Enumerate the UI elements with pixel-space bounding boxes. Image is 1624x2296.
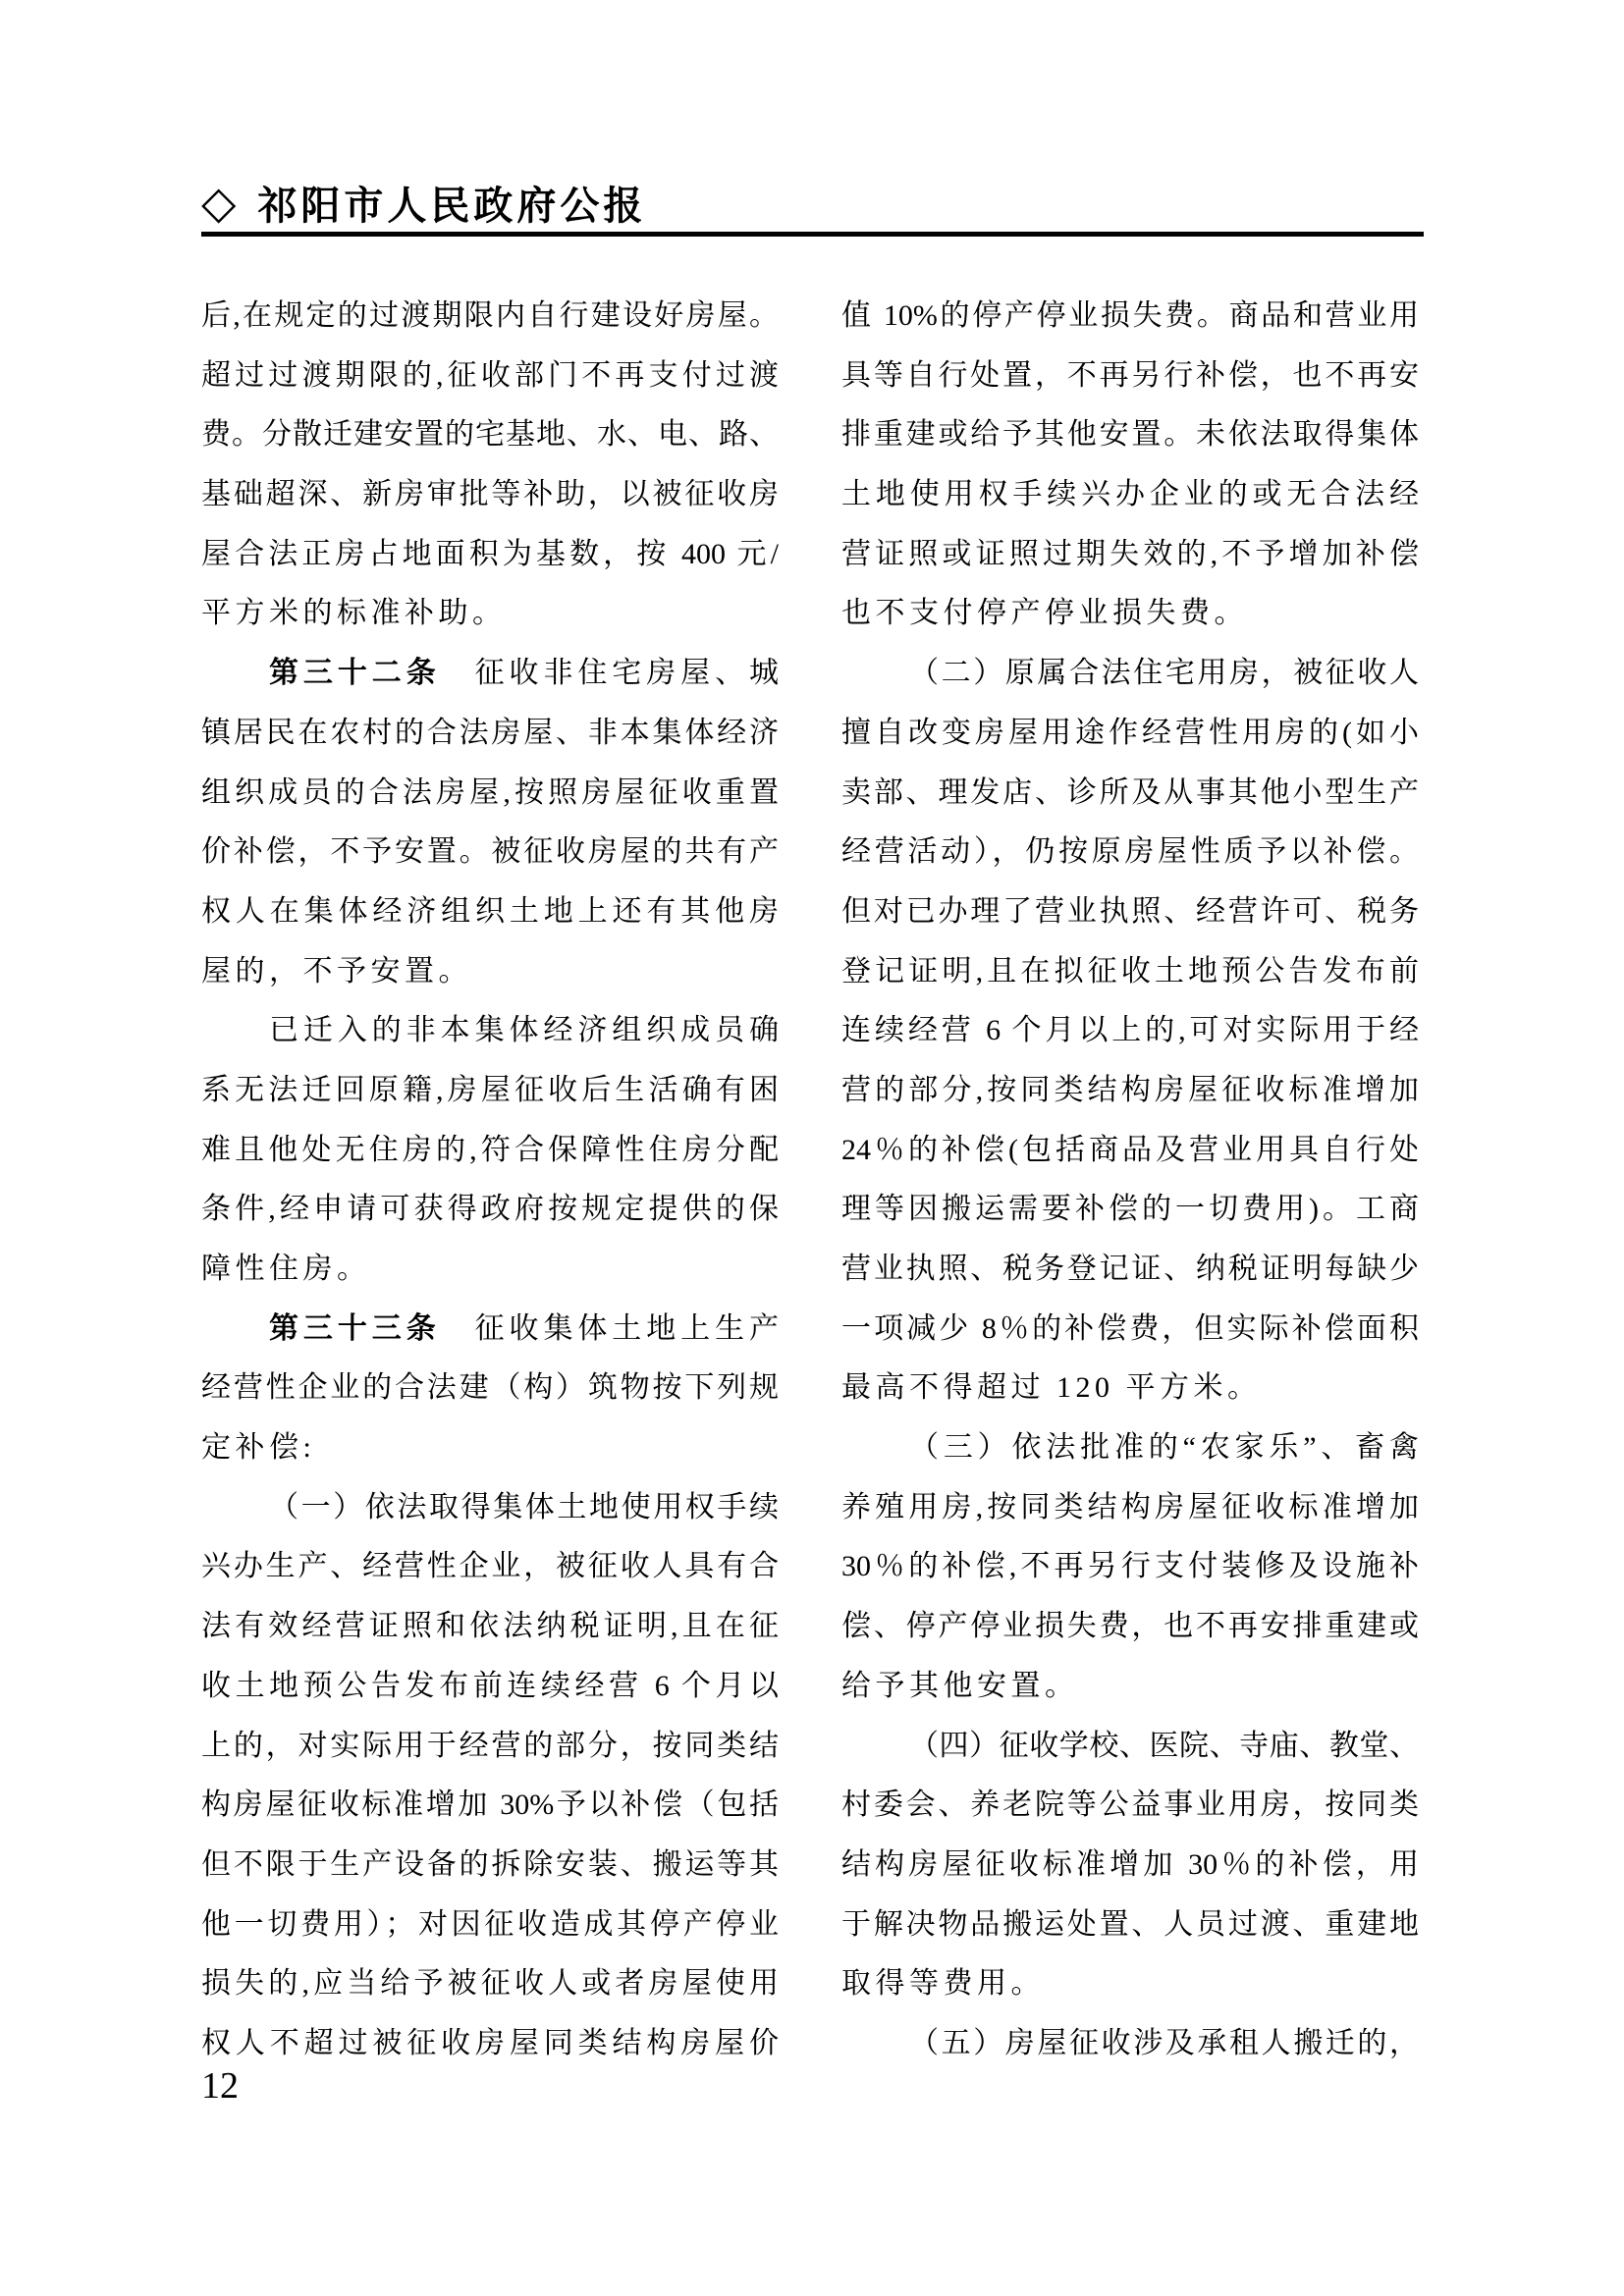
text-line: 已迁入的非本集体经济组织成员确 [201, 1001, 779, 1061]
text-line: 价补偿，不予安置。被征收房屋的共有产 [201, 823, 779, 882]
text-line: 收土地预公告发布前连续经营 6 个月以 [201, 1657, 779, 1717]
text-line: 构房屋征收标准增加 30%予以补偿（包括 [201, 1776, 779, 1836]
text-line: 一项减少 8％的补偿费，但实际补偿面积 [841, 1300, 1419, 1360]
text-line: 法有效经营证照和依法纳税证明,且在征 [201, 1597, 779, 1657]
text-line: 费。分散迁建安置的宅基地、水、电、路、 [201, 405, 779, 465]
text-line: 也不支付停产停业损失费。 [841, 584, 1419, 644]
text-line: （二）原属合法住宅用房，被征收人 [841, 644, 1419, 704]
text-line: （三）依法批准的“农家乐”、畜禽 [841, 1418, 1419, 1478]
text-line: 屋的，不予安置。 [201, 942, 779, 1002]
text-line: 后,在规定的过渡期限内自行建设好房屋。 [201, 287, 779, 347]
text-line: 条件,经申请可获得政府按规定提供的保 [201, 1180, 779, 1240]
text-line: 擅自改变房屋用途作经营性用房的(如小 [841, 704, 1419, 764]
text-line: 具等自行处置，不再另行补偿，也不再安 [841, 347, 1419, 406]
column-left: 后,在规定的过渡期限内自行建设好房屋。超过过渡期限的,征收部门不再支付过渡费。分… [201, 287, 779, 2074]
text-line: 最高不得超过 120 平方米。 [841, 1359, 1419, 1418]
text-line: 定补偿: [201, 1418, 779, 1478]
text-line: 卖部、理发店、诊所及从事其他小型生产 [841, 764, 1419, 824]
text-line: 营的部分,按同类结构房屋征收标准增加 [841, 1061, 1419, 1121]
gazette-page: ◇ 祁阳市人民政府公报 后,在规定的过渡期限内自行建设好房屋。超过过渡期限的,征… [0, 0, 1624, 2296]
text-line: （一）依法取得集体土地使用权手续 [201, 1478, 779, 1538]
text-line: 取得等费用。 [841, 1954, 1419, 2014]
page-number: 12 [201, 2061, 239, 2110]
text-line: 他一切费用）；对因征收造成其停产停业 [201, 1896, 779, 1955]
text-line: 但对已办理了营业执照、经营许可、税务 [841, 882, 1419, 942]
header-rule [201, 232, 1424, 237]
text-line: 村委会、养老院等公益事业用房，按同类 [841, 1776, 1419, 1836]
text-line: 超过过渡期限的,征收部门不再支付过渡 [201, 347, 779, 406]
text-line: 平方米的标准补助。 [201, 584, 779, 644]
page-header: ◇ 祁阳市人民政府公报 [201, 175, 646, 231]
text-line: 兴办生产、经营性企业，被征收人具有合 [201, 1537, 779, 1597]
text-line: 结构房屋征收标准增加 30％的补偿，用 [841, 1836, 1419, 1896]
text-line: 基础超深、新房审批等补助，以被征收房 [201, 465, 779, 525]
text-line: 偿、停产停业损失费，也不再安排重建或 [841, 1597, 1419, 1657]
text-line: 组织成员的合法房屋,按照房屋征收重置 [201, 764, 779, 824]
text-line: 但不限于生产设备的拆除安装、搬运等其 [201, 1836, 779, 1896]
text-line: 登记证明,且在拟征收土地预公告发布前 [841, 942, 1419, 1002]
text-line: 障性住房。 [201, 1240, 779, 1300]
text-line: 连续经营 6 个月以上的,可对实际用于经 [841, 1001, 1419, 1061]
text-line: 镇居民在农村的合法房屋、非本集体经济 [201, 704, 779, 764]
text-line: 土地使用权手续兴办企业的或无合法经 [841, 465, 1419, 525]
text-line: 24％的补偿(包括商品及营业用具自行处 [841, 1121, 1419, 1181]
text-line: 第三十三条 征收集体土地上生产 [201, 1300, 779, 1360]
text-line: 30％的补偿,不再另行支付装修及设施补 [841, 1537, 1419, 1597]
page-title: 祁阳市人民政府公报 [257, 175, 646, 231]
text-line: （四）征收学校、医院、寺庙、教堂、 [841, 1717, 1419, 1777]
text-line: 屋合法正房占地面积为基数，按 400 元/ [201, 525, 779, 585]
text-line: 营证照或证照过期失效的,不予增加补偿 [841, 525, 1419, 585]
text-line: 经营活动），仍按原房屋性质予以补偿。 [841, 823, 1419, 882]
text-line: 上的，对实际用于经营的部分，按同类结 [201, 1717, 779, 1777]
text-line: 经营性企业的合法建（构）筑物按下列规 [201, 1359, 779, 1418]
text-line: 养殖用房,按同类结构房屋征收标准增加 [841, 1478, 1419, 1538]
column-right: 值 10%的停产停业损失费。商品和营业用具等自行处置，不再另行补偿，也不再安排重… [841, 287, 1419, 2074]
text-line: 系无法迁回原籍,房屋征收后生活确有困 [201, 1061, 779, 1121]
article-heading: 第三十二条 [269, 657, 441, 689]
text-line: 第三十二条 征收非住宅房屋、城 [201, 644, 779, 704]
text-line: 排重建或给予其他安置。未依法取得集体 [841, 405, 1419, 465]
text-line: 营业执照、税务登记证、纳税证明每缺少 [841, 1240, 1419, 1300]
text-line: 损失的,应当给予被征收人或者房屋使用 [201, 1954, 779, 2014]
article-heading: 第三十三条 [269, 1312, 441, 1345]
text-line: 给予其他安置。 [841, 1657, 1419, 1717]
text-line: 权人不超过被征收房屋同类结构房屋价 [201, 2014, 779, 2074]
diamond-icon: ◇ [201, 181, 236, 226]
text-line: 理等因搬运需要补偿的一切费用)。工商 [841, 1180, 1419, 1240]
text-line: （五）房屋征收涉及承租人搬迁的， [841, 2014, 1419, 2074]
text-line: 于解决物品搬运处置、人员过渡、重建地 [841, 1896, 1419, 1955]
text-line: 值 10%的停产停业损失费。商品和营业用 [841, 287, 1419, 347]
text-line: 难且他处无住房的,符合保障性住房分配 [201, 1121, 779, 1181]
text-line: 权人在集体经济组织土地上还有其他房 [201, 882, 779, 942]
